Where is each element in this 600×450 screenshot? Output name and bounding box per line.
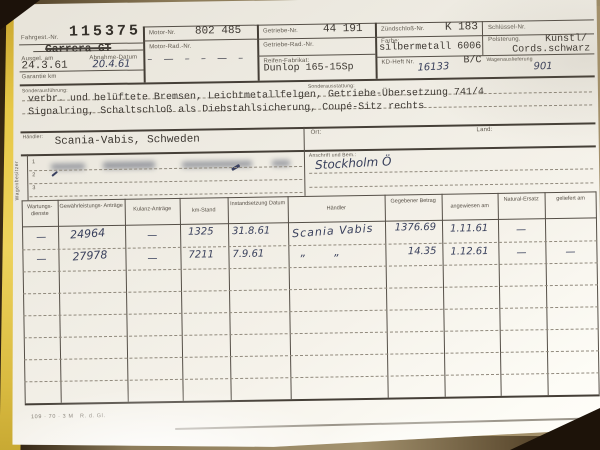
- table-cell: 1.11.61: [450, 223, 488, 235]
- delivery-value: 901: [533, 61, 552, 72]
- ruled-line: [29, 179, 302, 184]
- table-cell: 7.9.61: [232, 249, 264, 260]
- table-cell: —: [140, 253, 164, 264]
- table-column-header: Gegebener Betrag: [385, 198, 442, 206]
- dealer-value: Scania-Vabis, Schweden: [55, 134, 200, 148]
- table-row-line: [23, 284, 598, 294]
- divider-line: [27, 154, 29, 200]
- address-value: Stockholm Ö: [315, 154, 392, 172]
- engine-number-value: 802 485: [195, 25, 241, 38]
- table-column-line: [58, 200, 62, 403]
- table-cell: 1.12.61: [450, 246, 488, 258]
- table-cell: 27978: [72, 248, 108, 263]
- upholstery-value-2: Cords.schwarz: [512, 43, 590, 55]
- divider-line: [375, 23, 378, 79]
- table-column-line: [125, 199, 129, 402]
- form-print-number: 109 · 70 · 3 M R. d. Gl.: [31, 413, 106, 420]
- table-row-line: [24, 328, 599, 338]
- owner-side-label: Wagenbesitzer: [14, 156, 21, 200]
- chassis-number-label: Fahrgest.-Nr.: [21, 35, 59, 42]
- table-cell: „ „: [300, 245, 340, 259]
- warranty-km-label: Garantie km: [22, 74, 57, 81]
- table-cell: 1376.69: [386, 222, 436, 234]
- service-book-label: KD-Heft Nr.: [381, 59, 414, 66]
- table-row-line: [24, 372, 599, 382]
- table-column-header: Instandsetzung Datum: [228, 200, 288, 208]
- table-row-line: [23, 262, 598, 272]
- table-cell: 14.35: [386, 246, 436, 258]
- table-column-header: Natural-Ersatz: [498, 196, 545, 204]
- gearbox-number-value: 44 191: [323, 23, 363, 36]
- table-cell: Scania Vabis: [292, 222, 374, 241]
- owner-row-number: 1: [32, 159, 35, 165]
- kardex-card: 115375 Fahrgest.-Nr. Carrera GT Ausgel. …: [0, 0, 600, 450]
- tire-brand-value: Dunlop 165-15Sp: [263, 62, 353, 74]
- table-column-line: [545, 192, 549, 395]
- engine-replacement-label: Motor-Rad.-Nr.: [149, 44, 192, 51]
- table-column-header: Wartungs- dienste: [22, 204, 58, 218]
- table-column-line: [498, 193, 502, 396]
- engine-number-label: Motor-Nr.: [149, 30, 176, 36]
- table-border: [596, 191, 600, 394]
- chassis-number-value: 115375: [69, 22, 141, 40]
- owner-row-number: 3: [32, 185, 35, 191]
- table-row-line: [24, 350, 599, 360]
- section-line: [20, 122, 595, 133]
- paint-value: silbermetall 6006: [379, 41, 481, 54]
- owner-row-number: 2: [32, 172, 35, 178]
- table-column-header: Gewährleistungs- Anträge: [58, 203, 125, 211]
- divider-line: [303, 127, 305, 196]
- divider-line: [257, 54, 375, 57]
- bc-mark: B/C: [463, 55, 481, 66]
- acceptance-date-value: 20.4.61: [92, 59, 130, 71]
- table-cell: —: [552, 246, 588, 258]
- divider-line: [257, 25, 260, 81]
- gearbox-replacement-label: Getriebe-Rad.-Nr.: [263, 42, 314, 49]
- table-border: [25, 394, 600, 405]
- gearbox-number-label: Getriebe-Nr.: [263, 28, 298, 35]
- table-cell: 31.8.61: [232, 225, 270, 237]
- engine-replacement-value: – — – – — –: [147, 53, 247, 66]
- undercard-edge: [175, 417, 600, 430]
- ort-label: Ort:: [311, 130, 322, 136]
- table-cell: —: [30, 254, 52, 265]
- table-column-line: [442, 194, 446, 397]
- upholstery-label: Polsterung.: [488, 37, 521, 44]
- delivery-label: Wagenauslieferung: [486, 56, 532, 63]
- table-column-header: angewiesen am: [442, 203, 498, 211]
- table-column-header: Kulanz-Anträge: [125, 206, 180, 214]
- table-cell: —: [30, 232, 52, 243]
- service-book-value: 16133: [417, 61, 449, 74]
- table-cell: 7211: [188, 249, 214, 260]
- divider-line: [143, 26, 146, 82]
- key-number-label: Schlüssel-Nr.: [488, 24, 526, 31]
- table-cell: [552, 223, 588, 224]
- land-label: Land:: [476, 127, 492, 133]
- table-cell: 1325: [188, 226, 214, 237]
- table-border: [22, 200, 26, 403]
- table-column-header: Händler: [288, 205, 385, 213]
- ruled-line: [309, 182, 593, 187]
- table-column-line: [180, 198, 184, 401]
- table-column-header: geliefert am: [545, 195, 597, 203]
- ignition-lock-label: Zündschloß-Nr.: [381, 26, 425, 33]
- ink-mark: [51, 171, 58, 177]
- table-row-line: [23, 306, 598, 316]
- table-cell: 24964: [70, 226, 106, 241]
- table-cell: —: [508, 247, 534, 258]
- dealer-label: Händler:: [23, 134, 44, 140]
- table-cell: —: [508, 224, 534, 235]
- ignition-lock-value: K 183: [445, 21, 478, 34]
- issued-date-value: 24.3.61: [21, 60, 67, 73]
- model-name: Carrera GT: [45, 43, 111, 56]
- divider-line: [482, 21, 484, 55]
- table-column-header: km-Stand: [180, 207, 228, 215]
- table-cell: —: [140, 230, 164, 241]
- kardex-photo: 115375 Fahrgest.-Nr. Carrera GT Ausgel. …: [0, 0, 600, 450]
